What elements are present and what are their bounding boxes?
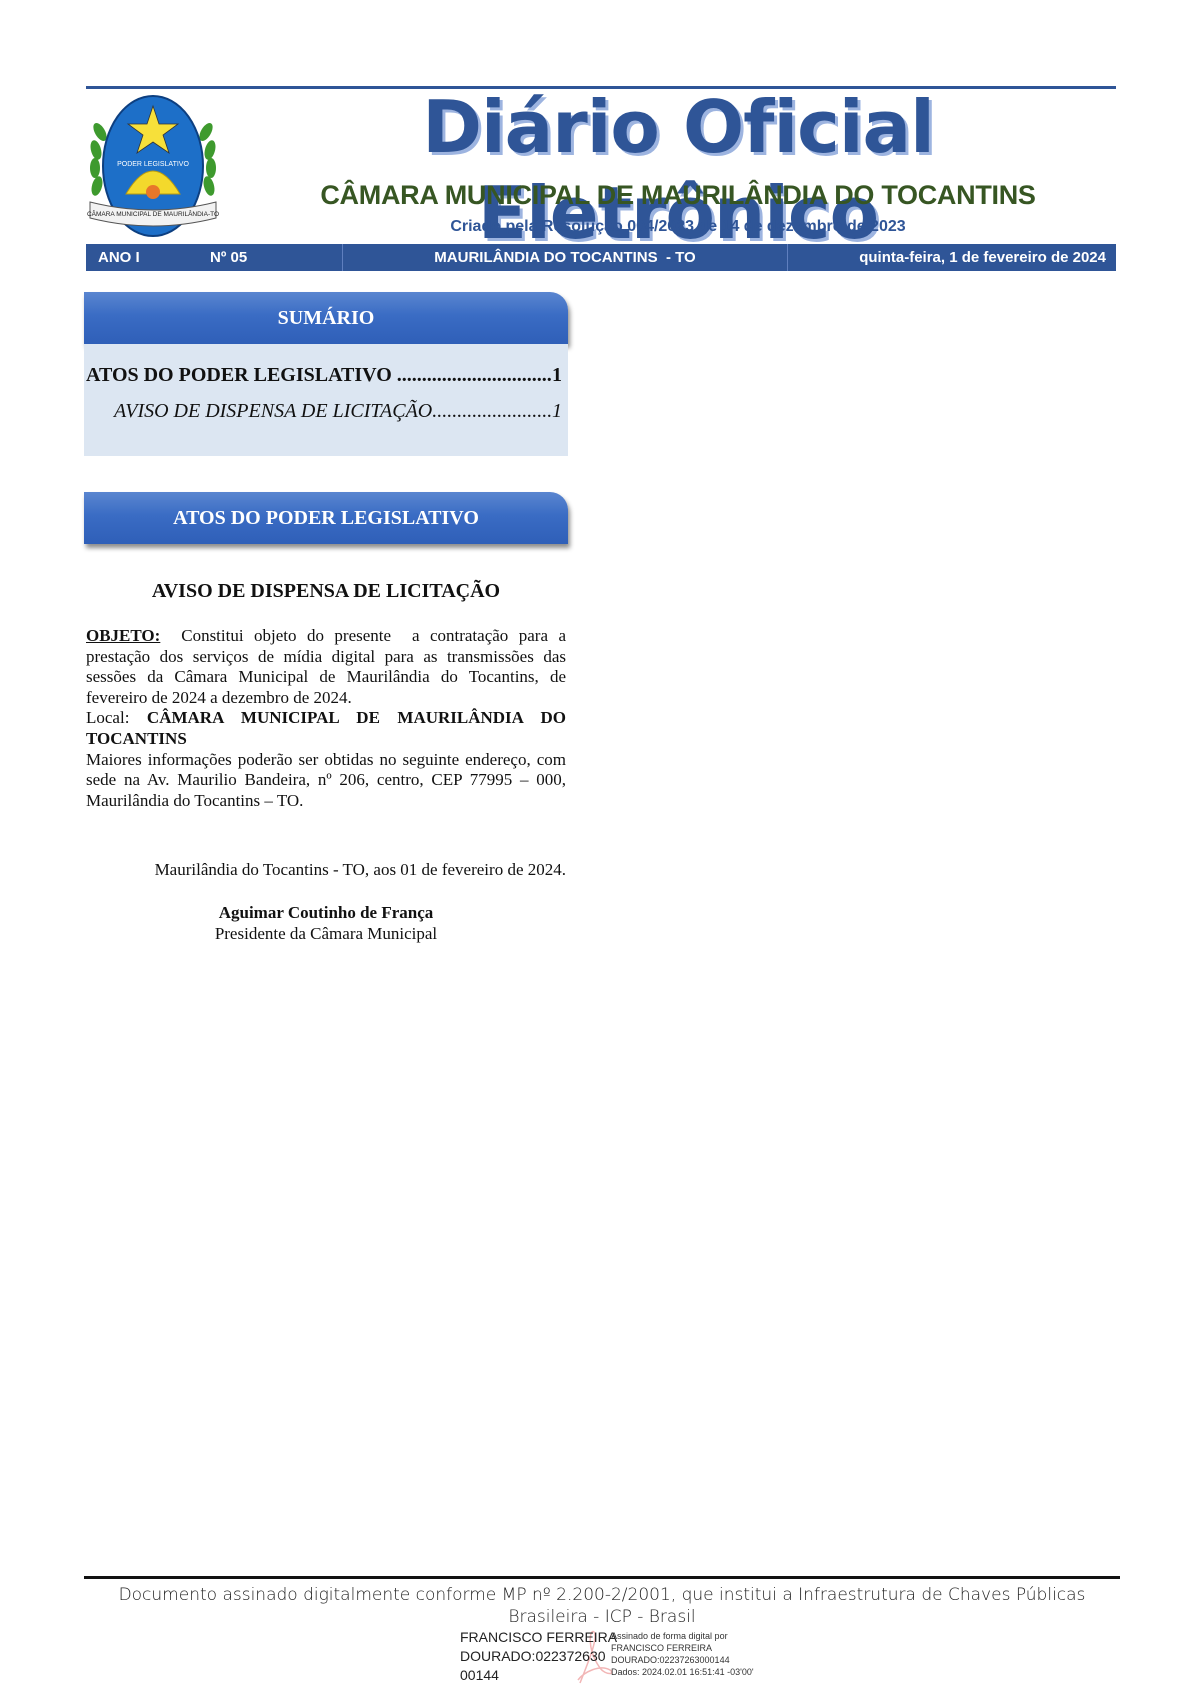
notice-body: OBJETO: Constitui objeto do presente a c… <box>86 626 566 811</box>
issue-info-bar: ANO I Nº 05 MAURILÂNDIA DO TOCANTINS - T… <box>86 244 1116 271</box>
summary-heading: SUMÁRIO <box>84 292 568 344</box>
footer-rule <box>84 1576 1120 1579</box>
objeto-label: OBJETO: <box>86 626 160 645</box>
issue-date: quinta-feira, 1 de fevereiro de 2024 <box>788 244 1116 271</box>
more-info-paragraph: Maiores informações poderão ser obtidas … <box>86 750 566 812</box>
local-paragraph: Local: CÂMARA MUNICIPAL DE MAURILÂNDIA D… <box>86 708 566 749</box>
sig-right-line: FRANCISCO FERREIRA <box>611 1642 754 1654</box>
chamber-name: CÂMARA MUNICIPAL DE MAURILÂNDIA DO TOCAN… <box>238 180 1118 211</box>
toc-leader-dots <box>432 400 552 423</box>
signature-block: Aguimar Coutinho de França Presidente da… <box>86 902 566 944</box>
local-label: Local: <box>86 708 147 727</box>
sig-right-line: DOURADO:02237263000144 <box>611 1654 754 1666</box>
toc-entry-page: 1 <box>552 364 562 387</box>
place-date: Maurilândia do Tocantins - TO, aos 01 de… <box>86 860 566 880</box>
signer-name: Aguimar Coutinho de França <box>86 902 566 923</box>
toc-entry-label: ATOS DO PODER LEGISLATIVO <box>86 364 397 387</box>
signer-role: Presidente da Câmara Municipal <box>86 923 566 944</box>
toc-entry[interactable]: AVISO DE DISPENSA DE LICITAÇÃO 1 <box>114 400 562 423</box>
creation-resolution: Criado pela Resolução 004/2023 de 14 de … <box>238 218 1118 236</box>
sig-right-line: Dados: 2024.02.01 16:51:41 -03'00' <box>611 1666 754 1678</box>
toc-leader-dots <box>397 364 552 387</box>
sig-left-line: FRANCISCO FERREIRA <box>460 1628 617 1647</box>
signer-certificate-name: FRANCISCO FERREIRA DOURADO:022372630 001… <box>460 1628 617 1685</box>
section-heading: ATOS DO PODER LEGISLATIVO <box>84 492 568 544</box>
toc-entry-label: AVISO DE DISPENSA DE LICITAÇÃO <box>114 400 432 423</box>
digital-signature-note: Documento assinado digitalmente conforme… <box>84 1584 1120 1628</box>
issue-city: MAURILÂNDIA DO TOCANTINS - TO <box>343 244 788 271</box>
sig-left-line: DOURADO:022372630 <box>460 1647 617 1666</box>
logo-arc-text: PODER LEGISLATIVO <box>117 161 189 168</box>
coat-of-arms-icon: PODER LEGISLATIVO CÂMARA MUNICIPAL DE MA… <box>86 92 220 238</box>
local-value: CÂMARA MUNICIPAL DE MAURILÂNDIA DO TOCAN… <box>86 708 566 748</box>
notice-title: AVISO DE DISPENSA DE LICITAÇÃO <box>86 580 566 603</box>
logo-ribbon-text: CÂMARA MUNICIPAL DE MAURILÂNDIA-TO <box>87 209 219 218</box>
issue-year: ANO I <box>98 249 210 266</box>
sig-right-line: Assinado de forma digital por <box>611 1630 754 1642</box>
signature-details: Assinado de forma digital por FRANCISCO … <box>611 1630 754 1678</box>
objeto-paragraph: OBJETO: Constitui objeto do presente a c… <box>86 626 566 708</box>
note-line-2: Brasileira - ICP - Brasil <box>84 1606 1120 1628</box>
sig-left-line: 00144 <box>460 1666 617 1685</box>
toc-entry[interactable]: ATOS DO PODER LEGISLATIVO 1 <box>86 364 562 387</box>
toc-entry-page: 1 <box>552 400 562 423</box>
note-line-1: Documento assinado digitalmente conforme… <box>84 1584 1120 1606</box>
issue-year-number: ANO I Nº 05 <box>86 244 343 271</box>
issue-number: Nº 05 <box>210 249 247 266</box>
summary-box: ATOS DO PODER LEGISLATIVO 1 AVISO DE DIS… <box>84 344 568 456</box>
